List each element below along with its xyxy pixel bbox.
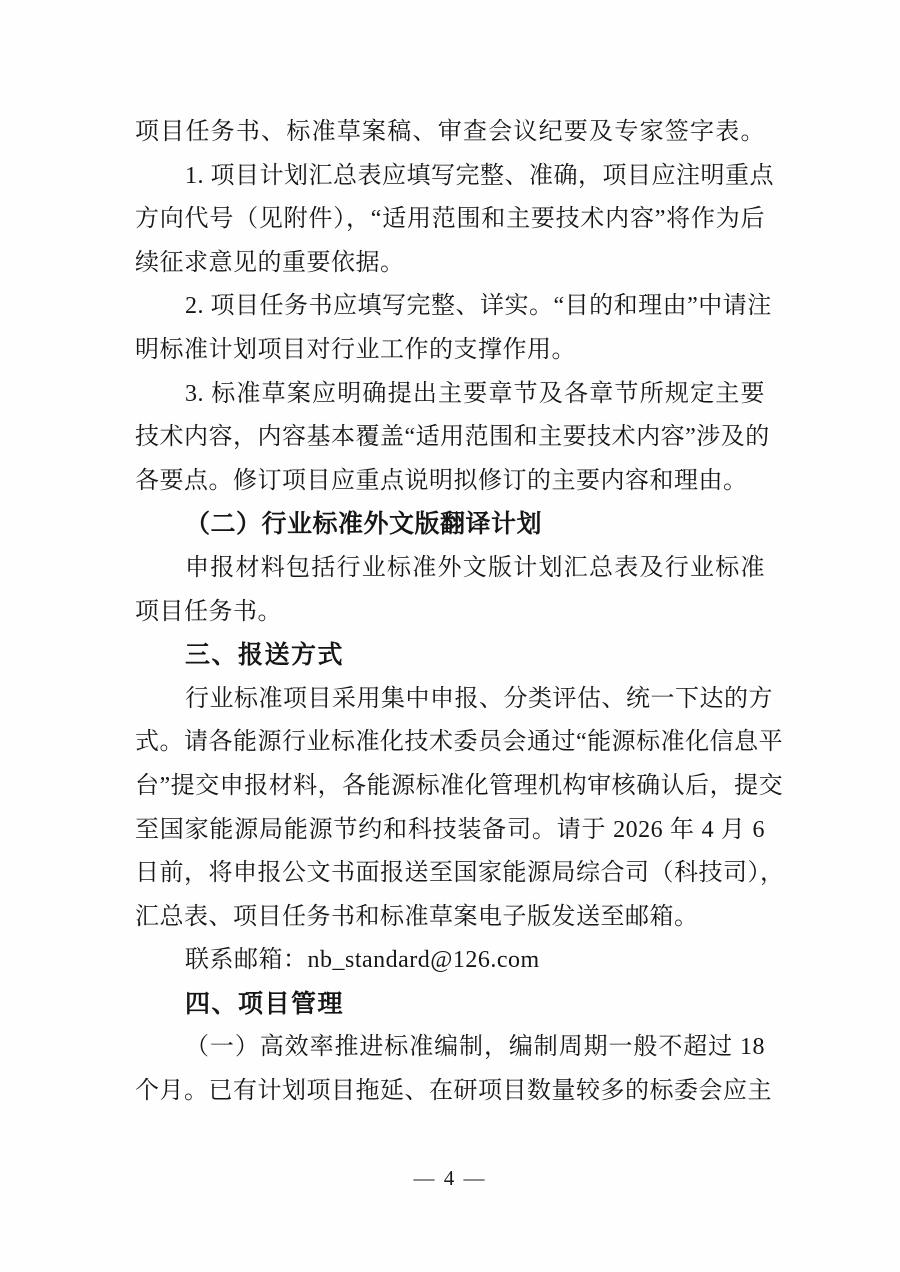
page-body: 项目任务书、标准草案稿、审查会议纪要及专家签字表。 1. 项目计划汇总表应填写完… xyxy=(135,111,765,1114)
body-line: 汇总表、项目任务书和标准草案电子版发送至邮箱。 xyxy=(135,896,765,940)
body-line: 技术内容，内容基本覆盖“适用范围和主要技术内容”涉及的 xyxy=(135,416,765,460)
body-line: 2. 项目任务书应填写完整、详实。“目的和理由”中请注 xyxy=(135,285,765,329)
body-line: 申报材料包括行业标准外文版计划汇总表及行业标准 xyxy=(135,547,765,591)
body-line: 项目任务书、标准草案稿、审查会议纪要及专家签字表。 xyxy=(135,111,765,155)
body-line: 1. 项目计划汇总表应填写完整、准确，项目应注明重点 xyxy=(135,155,765,199)
body-line: 项目任务书。 xyxy=(135,591,765,635)
contact-email-line: 联系邮箱：nb_standard@126.com xyxy=(135,939,765,983)
body-line: 明标准计划项目对行业工作的支撑作用。 xyxy=(135,329,765,373)
body-line: 各要点。修订项目应重点说明拟修订的主要内容和理由。 xyxy=(135,460,765,504)
document-page: 项目任务书、标准草案稿、审查会议纪要及专家签字表。 1. 项目计划汇总表应填写完… xyxy=(0,0,900,1272)
body-line: 日前，将申报公文书面报送至国家能源局综合司（科技司）， xyxy=(135,852,765,896)
body-line: 至国家能源局能源节约和科技装备司。请于 2026 年 4 月 6 xyxy=(135,809,765,853)
body-line: 续征求意见的重要依据。 xyxy=(135,242,765,286)
body-line: 3. 标准草案应明确提出主要章节及各章节所规定主要 xyxy=(135,373,765,417)
body-line: 式。请各能源行业标准化技术委员会通过“能源标准化信息平 xyxy=(135,721,765,765)
section-heading: 三、报送方式 xyxy=(135,634,765,678)
subsection-heading: （二）行业标准外文版翻译计划 xyxy=(135,503,765,547)
body-line: 行业标准项目采用集中申报、分类评估、统一下达的方 xyxy=(135,678,765,722)
body-line: （一）高效率推进标准编制，编制周期一般不超过 18 xyxy=(135,1026,765,1070)
body-line: 台”提交申报材料，各能源标准化管理机构审核确认后，提交 xyxy=(135,765,765,809)
body-line: 方向代号（见附件），“适用范围和主要技术内容”将作为后 xyxy=(135,198,765,242)
section-heading: 四、项目管理 xyxy=(135,983,765,1027)
page-number: — 4 — xyxy=(0,1166,900,1191)
body-line: 个月。已有计划项目拖延、在研项目数量较多的标委会应主 xyxy=(135,1070,765,1114)
